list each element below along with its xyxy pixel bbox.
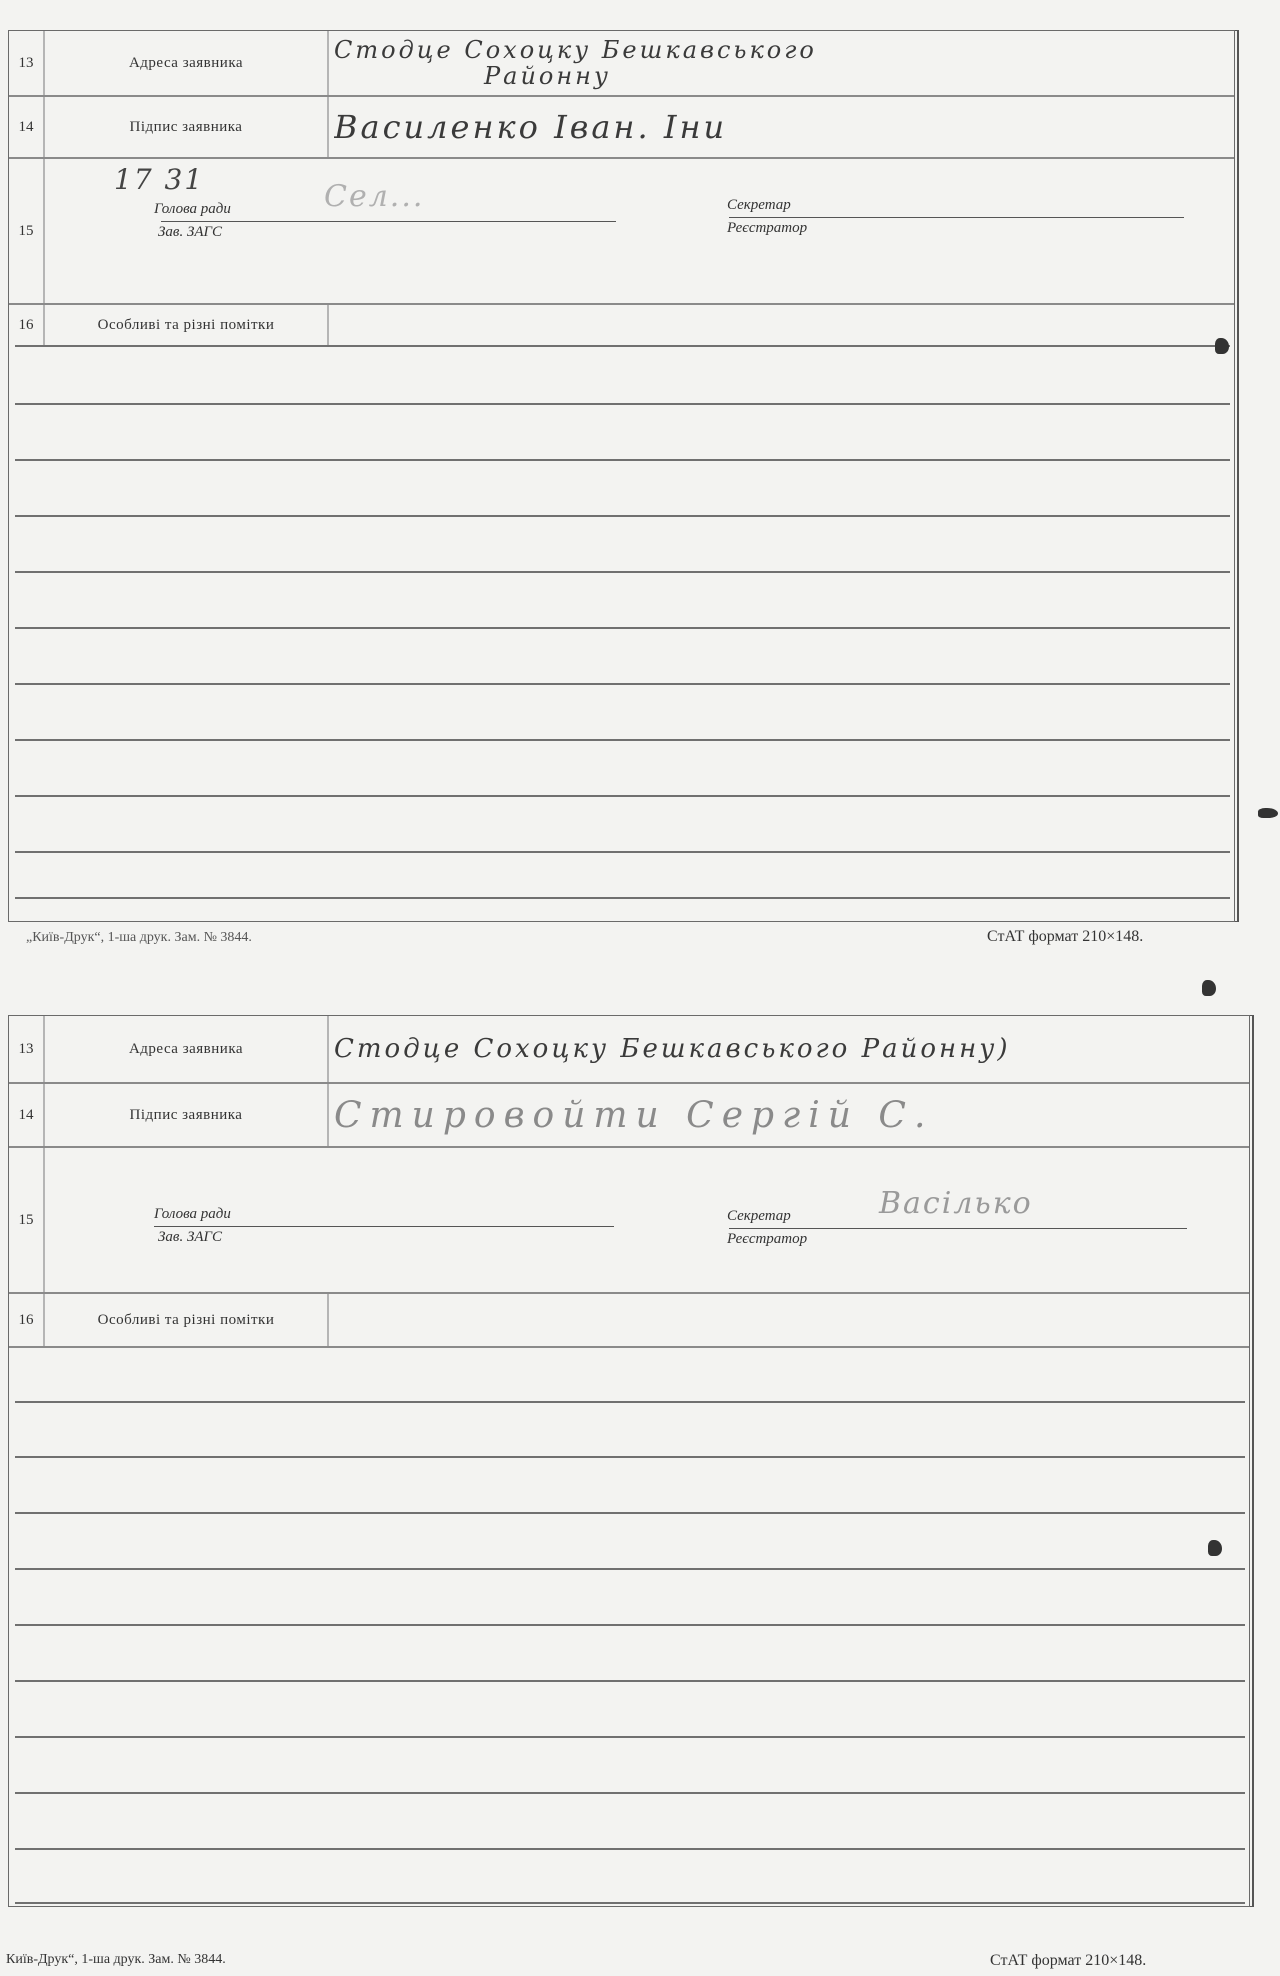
ruled-line xyxy=(15,515,1230,517)
ruled-line xyxy=(15,897,1230,899)
ruled-line xyxy=(15,571,1230,573)
paper-damage-mark xyxy=(1208,1540,1222,1556)
ruled-line xyxy=(15,627,1230,629)
ruled-line xyxy=(15,1792,1245,1794)
paper-damage-mark xyxy=(1202,980,1216,996)
printer-imprint: „Київ-Друк“, 1-ша друк. Зам. № 3844. xyxy=(26,930,252,946)
printer-imprint: Київ-Друк“, 1-ша друк. Зам. № 3844. xyxy=(6,1952,226,1968)
notes-ruled-lines xyxy=(9,1016,1249,1906)
registry-form-1: 13 Адреса заявника Стодце Сохоцку Бешкав… xyxy=(8,30,1235,922)
ruled-line xyxy=(15,1512,1245,1514)
ruled-line xyxy=(15,403,1230,405)
ruled-line xyxy=(15,1680,1245,1682)
ruled-line xyxy=(15,1736,1245,1738)
ruled-line xyxy=(15,459,1230,461)
ruled-line xyxy=(15,683,1230,685)
paper-damage-mark xyxy=(1215,338,1229,354)
format-note: СтАТ формат 210×148. xyxy=(987,928,1143,946)
ruled-line xyxy=(15,1456,1245,1458)
ruled-line xyxy=(15,1624,1245,1626)
paper-damage-mark xyxy=(1258,808,1278,818)
format-note: СтАТ формат 210×148. xyxy=(990,1952,1146,1970)
ruled-line xyxy=(15,1902,1245,1904)
ruled-line xyxy=(15,345,1230,347)
ruled-line xyxy=(15,1568,1245,1570)
ruled-line xyxy=(15,739,1230,741)
ruled-line xyxy=(15,1848,1245,1850)
notes-ruled-lines xyxy=(9,31,1234,921)
ruled-line xyxy=(15,795,1230,797)
ruled-line xyxy=(15,1401,1245,1403)
ruled-line xyxy=(15,851,1230,853)
registry-form-2: 13 Адреса заявника Стодце Сохоцку Бешкав… xyxy=(8,1015,1250,1907)
